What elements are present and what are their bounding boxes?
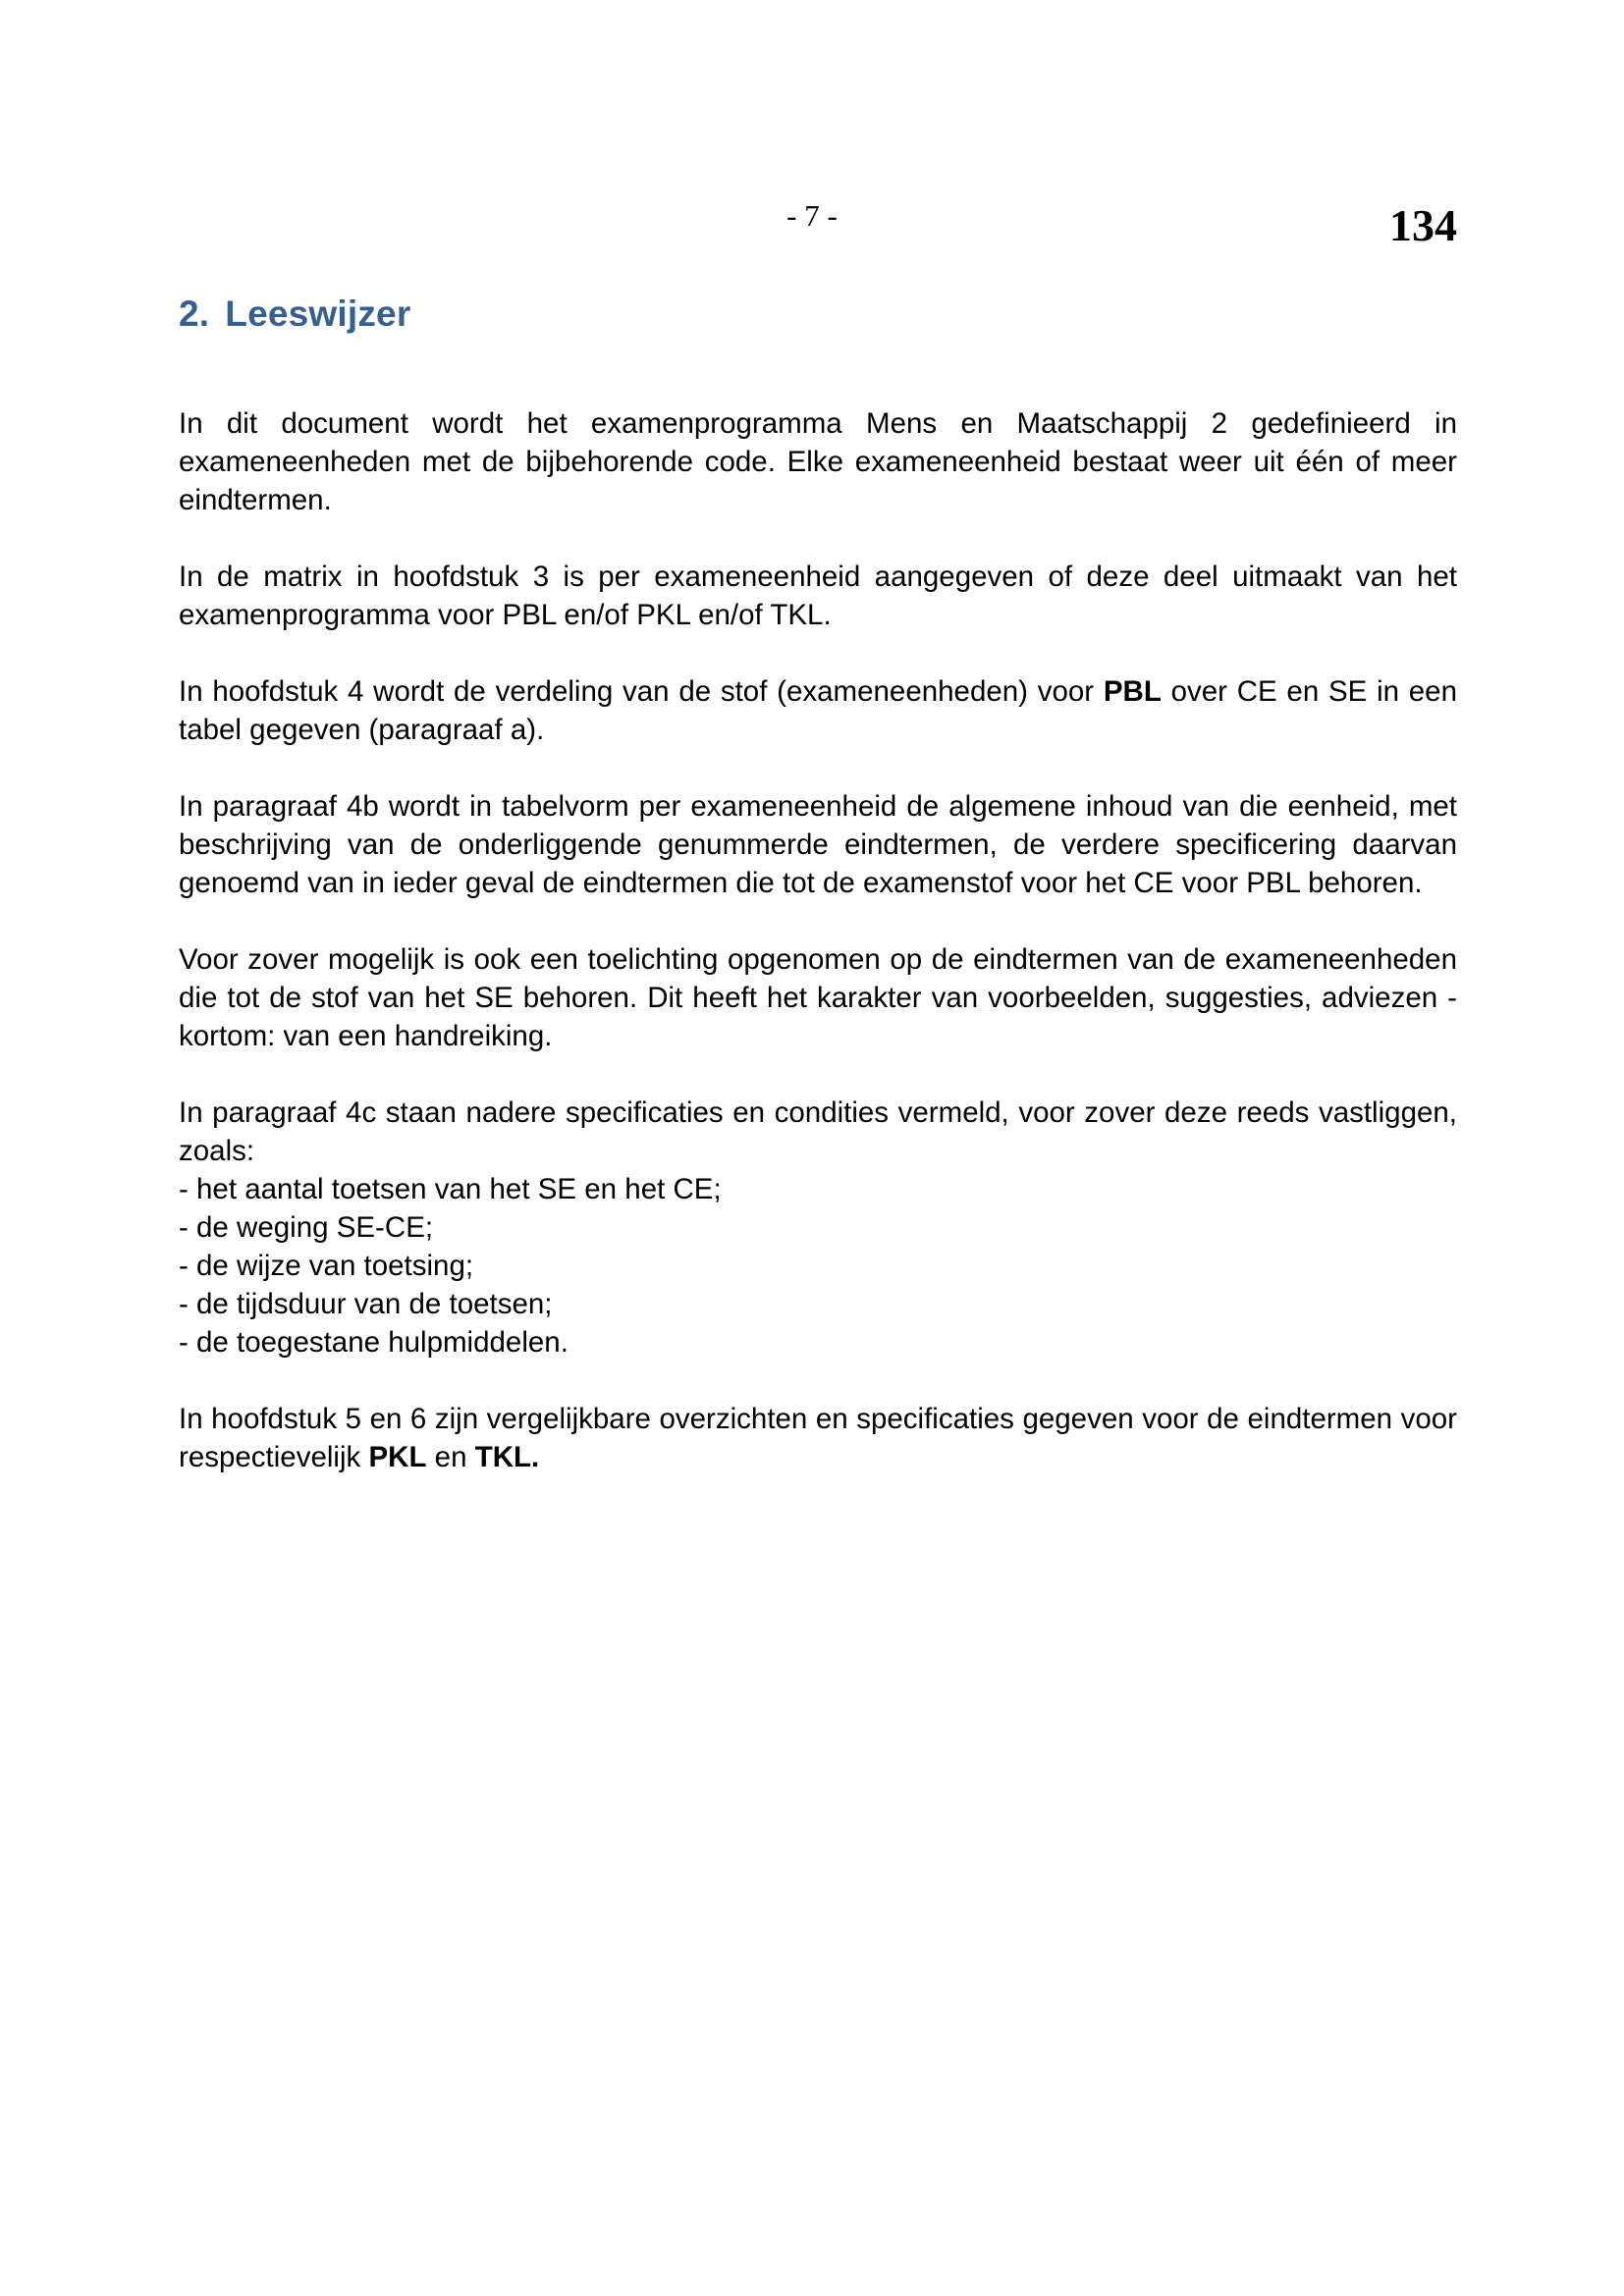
section-title: Leeswijzer <box>225 294 410 334</box>
paragraph-chapters-5-6-bold-tkl: TKL. <box>475 1441 540 1473</box>
list-item: - de toegestane hulpmiddelen. <box>179 1323 1457 1362</box>
paragraph-matrix: In de matrix in hoofdstuk 3 is per exame… <box>179 558 1457 634</box>
paragraph-intro: In dit document wordt het examenprogramm… <box>179 404 1457 519</box>
paragraph-chapter-4-text-before: In hoofdstuk 4 wordt de verdeling van de… <box>179 675 1104 708</box>
paragraph-4c-intro: In paragraaf 4c staan nadere specificati… <box>179 1094 1457 1170</box>
section-number: 2. <box>179 294 209 334</box>
document-number: 134 <box>1389 196 1457 255</box>
document-body: In dit document wordt het examenprogramm… <box>179 404 1457 1515</box>
paragraph-chapter-4-bold: PBL <box>1104 675 1162 708</box>
section-heading: 2.Leeswijzer <box>179 290 410 339</box>
paragraph-chapter-4: In hoofdstuk 4 wordt de verdeling van de… <box>179 672 1457 749</box>
page-number: - 7 - <box>0 196 1624 236</box>
list-item: - de weging SE-CE; <box>179 1208 1457 1247</box>
specifications-list: - het aantal toetsen van het SE en het C… <box>179 1170 1457 1362</box>
paragraph-4b: In paragraaf 4b wordt in tabelvorm per e… <box>179 787 1457 902</box>
paragraph-chapters-5-6-bold-pkl: PKL <box>368 1441 426 1473</box>
paragraph-toelichting: Voor zover mogelijk is ook een toelichti… <box>179 940 1457 1055</box>
paragraph-chapters-5-6-text-middle: en <box>426 1441 474 1473</box>
list-item: - de tijdsduur van de toetsen; <box>179 1285 1457 1323</box>
list-item: - het aantal toetsen van het SE en het C… <box>179 1170 1457 1208</box>
list-item: - de wijze van toetsing; <box>179 1247 1457 1285</box>
paragraph-chapters-5-6: In hoofdstuk 5 en 6 zijn vergelijkbare o… <box>179 1400 1457 1476</box>
